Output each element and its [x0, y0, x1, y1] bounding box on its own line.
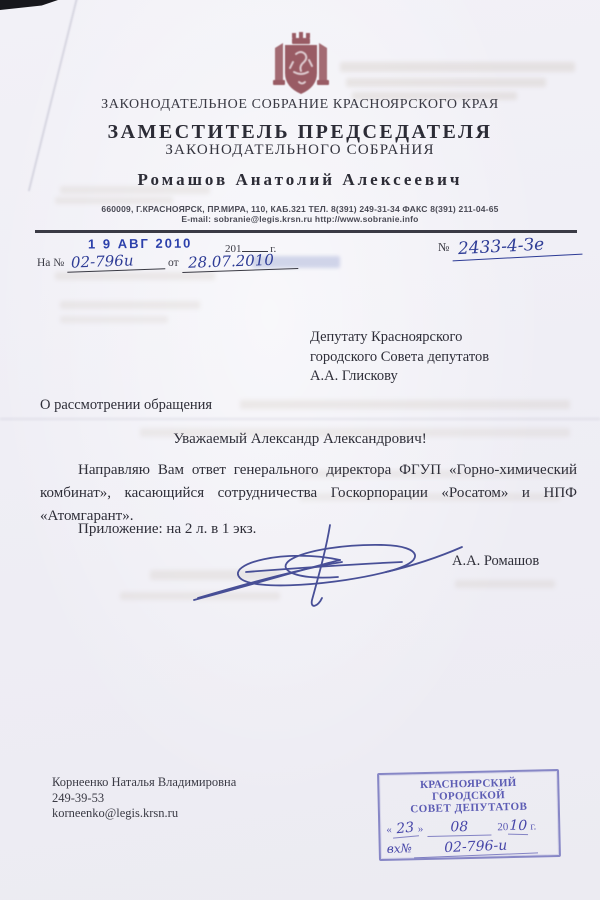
org-name: ЗАКОНОДАТЕЛЬНОЕ СОБРАНИЕ КРАСНОЯРСКОГО К… [0, 97, 600, 113]
stamp-year-handwritten: 10 [508, 818, 528, 836]
stamp-incoming-number-handwritten: 02-796-и [414, 836, 539, 858]
paper-fold-line [0, 418, 600, 420]
recipient-line: городского Совета депутатов [310, 348, 540, 368]
bleedthrough-artifact [60, 301, 200, 309]
bleedthrough-artifact [55, 197, 173, 204]
incoming-number-handwritten: 02-796и [67, 250, 166, 272]
recipient-line: А.А. Глискову [310, 367, 540, 387]
header-divider-rule [35, 230, 577, 233]
outgoing-number-label: № [438, 240, 449, 254]
registration-stamp: КРАСНОЯРСКИЙ ГОРОДСКОЙ СОВЕТ ДЕПУТАТОВ «… [377, 769, 561, 861]
executor-phone: 249-39-53 [52, 791, 236, 807]
incoming-date-stamp: 1 9 АВГ 2010 [88, 236, 193, 252]
executor-name: Корнеенко Наталья Владимировна [52, 775, 236, 791]
salutation: Уважаемый Александр Александрович! [0, 431, 600, 448]
incoming-reference-line: На № 02-796и от 28.07.2010 [37, 252, 298, 271]
stamp-day-handwritten: 23 [391, 819, 418, 838]
position-title-line2: ЗАКОНОДАТЕЛЬНОГО СОБРАНИЯ [0, 142, 600, 159]
position-title-line1: ЗАМЕСТИТЕЛЬ ПРЕДСЕДАТЕЛЯ [0, 121, 600, 144]
letter-body-paragraph: Направляю Вам ответ генерального директо… [40, 459, 577, 528]
signer-name: А.А. Ромашов [452, 553, 539, 570]
stamp-month-handwritten: 08 [427, 818, 491, 836]
bleedthrough-artifact [60, 316, 168, 323]
scanned-letter-page: ЗАКОНОДАТЕЛЬНОЕ СОБРАНИЕ КРАСНОЯРСКОГО К… [0, 0, 600, 900]
stamp-org-line2: СОВЕТ ДЕПУТАТОВ [386, 800, 552, 816]
executor-email: korneenko@legis.krsn.ru [52, 806, 236, 822]
stamp-incoming-number-row: вх№ 02-796-и [387, 837, 553, 858]
incoming-label: На № [37, 257, 64, 269]
bleedthrough-artifact [240, 400, 570, 409]
executor-block: Корнеенко Наталья Владимировна 249-39-53… [52, 775, 236, 822]
bleedthrough-artifact [346, 78, 546, 87]
outgoing-reference-line: № 2433-4-Зе [438, 236, 582, 258]
scan-corner-artifact [0, 0, 58, 10]
official-name: Ромашов Анатолий Алексеевич [0, 170, 600, 190]
handwritten-signature [188, 520, 468, 615]
org-address-line: 660009, Г.КРАСНОЯРСК, ПР.МИРА, 110, КАБ.… [0, 204, 600, 214]
outgoing-number-handwritten: 2433-4-Зе [452, 233, 583, 262]
paper-crease [28, 0, 78, 191]
bleedthrough-artifact [340, 62, 575, 72]
recipient-block: Депутату Красноярского городского Совета… [310, 328, 540, 387]
stamp-date-row: « 23 » 08 20 10 г. [386, 817, 552, 838]
letter-subject: О рассмотрении обращения [40, 397, 212, 414]
bleedthrough-artifact [455, 580, 555, 588]
bleedthrough-artifact [55, 272, 215, 280]
org-contact-line: E-mail: sobranie@legis.krsn.ru http://ww… [0, 214, 600, 224]
recipient-line: Депутату Красноярского [310, 328, 540, 348]
incoming-date-handwritten: 28.07.2010 [181, 250, 298, 273]
stamp-incoming-label: вх№ [387, 841, 412, 856]
from-label: от [168, 257, 179, 269]
krasnoyarsk-krai-coat-of-arms-icon [271, 32, 331, 98]
